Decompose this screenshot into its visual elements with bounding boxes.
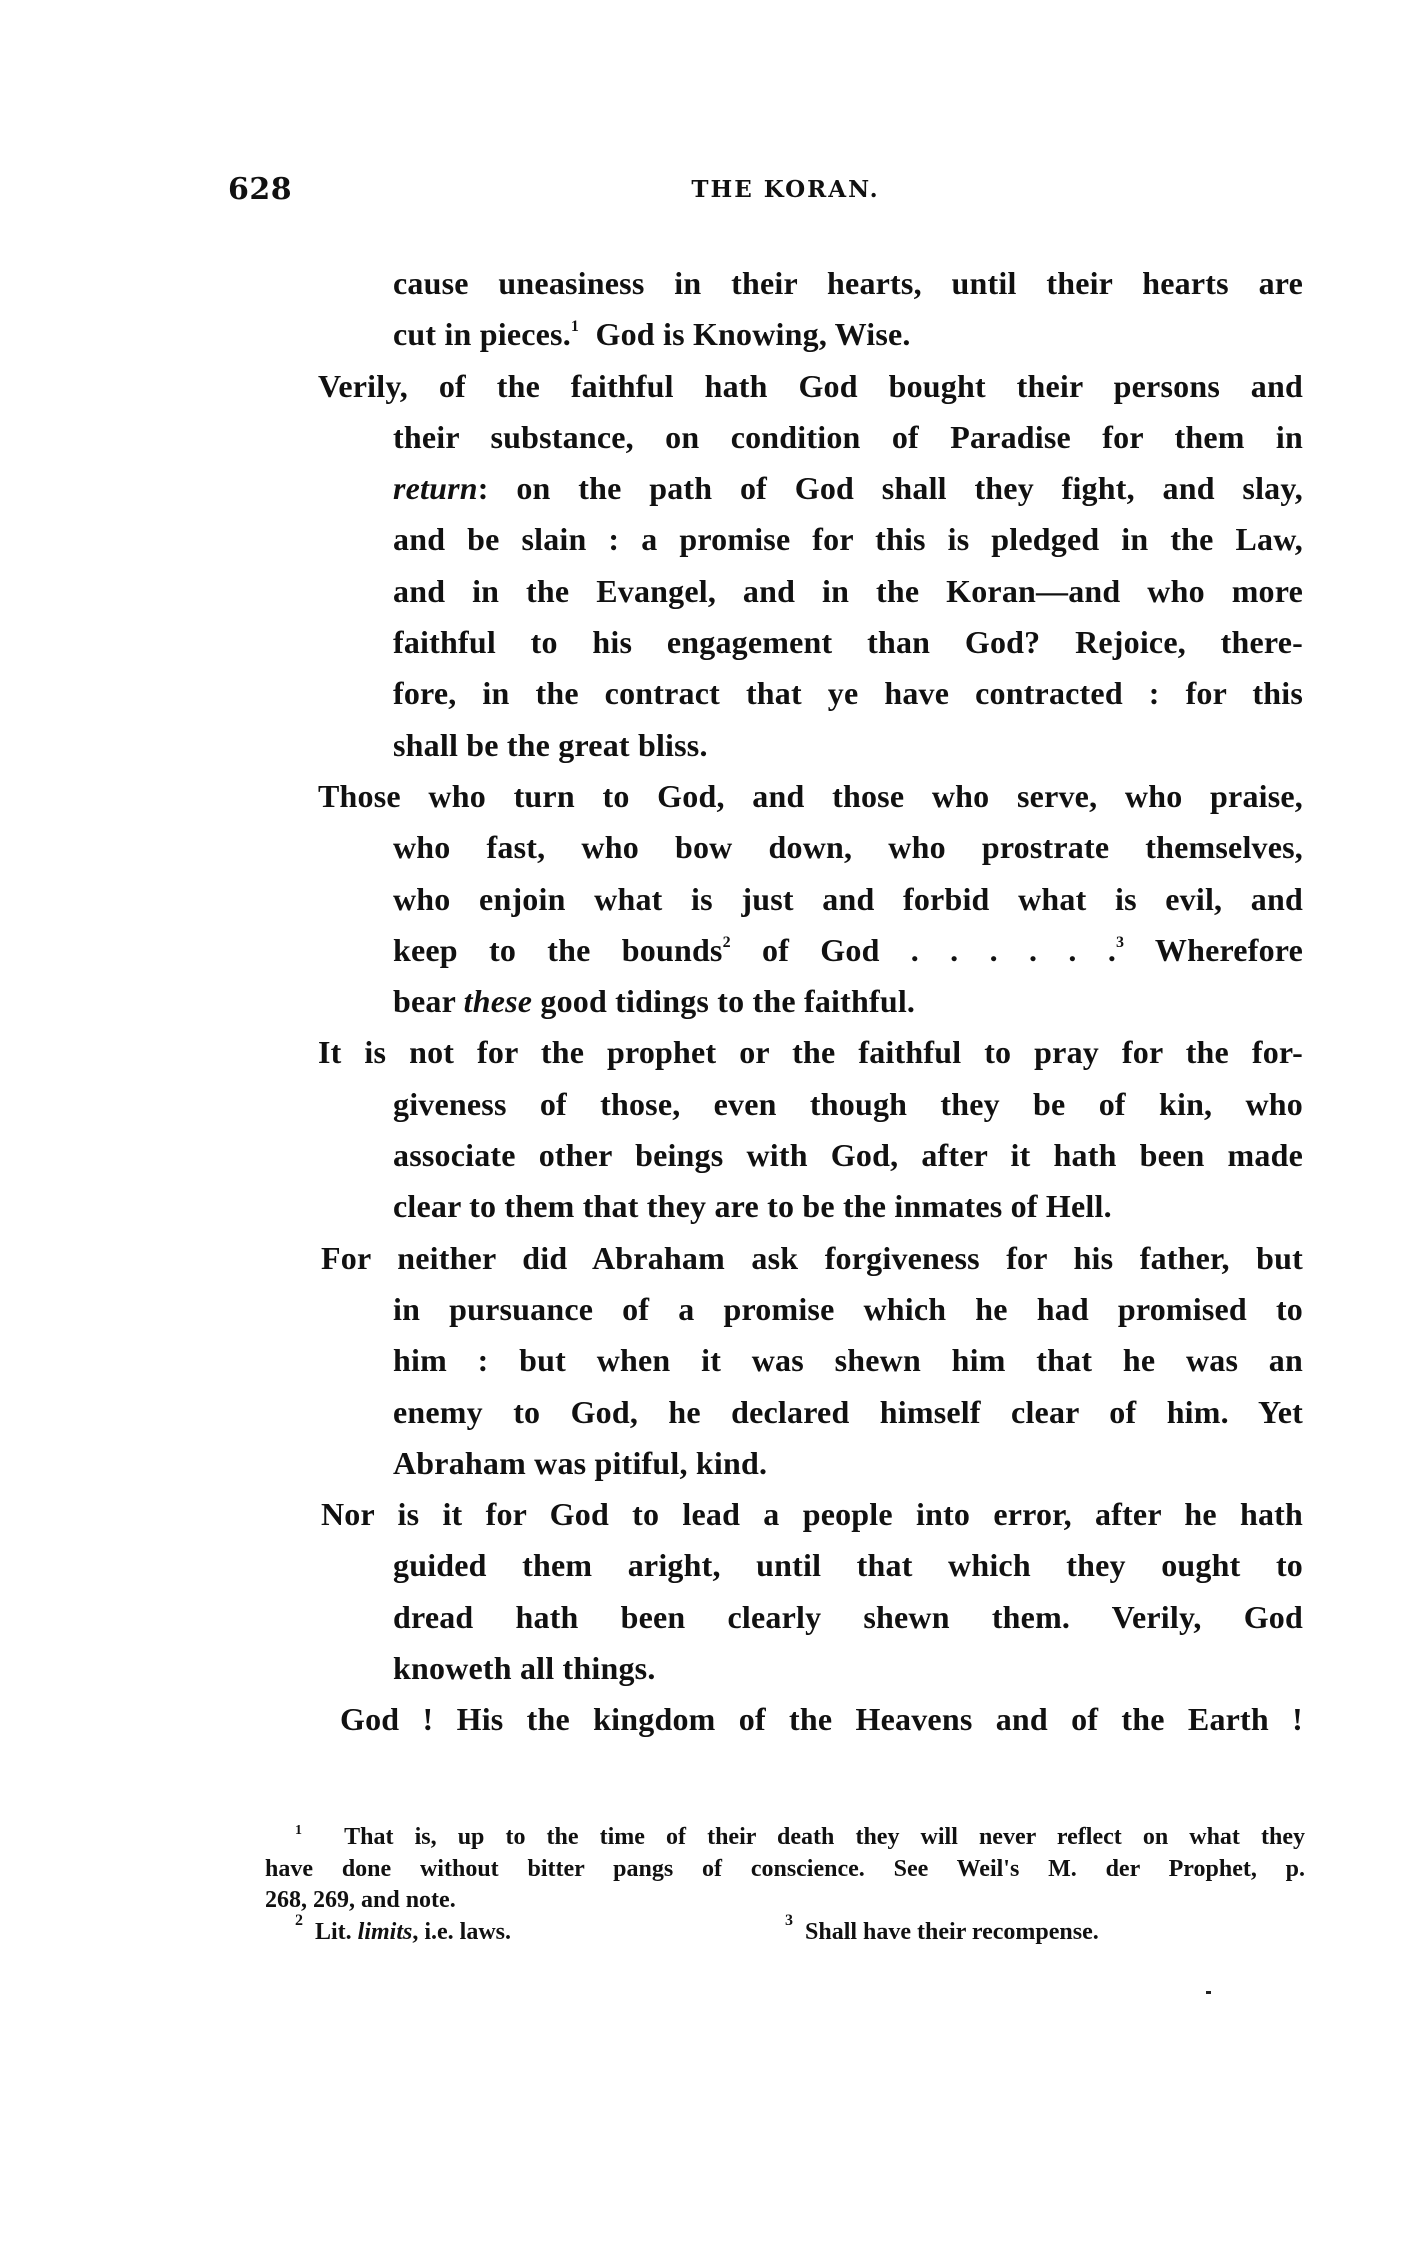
footnote-marker-3: 3 [785, 1912, 793, 1929]
running-title: THE KORAN. [228, 176, 1303, 203]
text-line: bear these good tidings to the faithful. [318, 976, 1303, 1027]
italic-word: return [393, 470, 478, 506]
text-line: knoweth all things. [318, 1643, 1303, 1694]
text-segment: , i.e. laws. [412, 1919, 511, 1945]
text-segment: That is, up to the time of their death t… [344, 1824, 1305, 1850]
footnote-2: 2 Lit. limits, i.e. laws. [295, 1917, 511, 1949]
text-segment: Wherefore [1124, 932, 1303, 968]
text-segment: of God . . . . . . [731, 932, 1116, 968]
verse-4: It is not for the prophet or the faithfu… [318, 1027, 1303, 1232]
text-segment: Lit. [315, 1919, 358, 1945]
text-line: cut in pieces.1 God is Knowing, Wise. [318, 309, 1303, 360]
text-line: shall be the great bliss. [318, 720, 1303, 771]
text-line: return: on the path of God shall they fi… [318, 463, 1303, 514]
text-segment: : on the path of God shall they fight, a… [478, 470, 1303, 506]
text-line: him : but when it was shewn him that he … [318, 1335, 1303, 1386]
text-line: Nor is it for God to lead a people into … [318, 1489, 1303, 1540]
text-line: fore, in the contract that ye have contr… [318, 668, 1303, 719]
text-segment: God is Knowing, Wise. [579, 316, 911, 352]
text-line: who enjoin what is just and forbid what … [318, 874, 1303, 925]
verse-2: Verily, of the faithful hath God bought … [318, 361, 1303, 771]
text-line: enemy to God, he declared himself clear … [318, 1387, 1303, 1438]
text-line: giveness of those, even though they be o… [318, 1079, 1303, 1130]
text-segment: cut in pieces. [393, 316, 571, 352]
verse-7: God ! His the kingdom of the Heavens and… [318, 1694, 1303, 1745]
text-line: Abraham was pitiful, kind. [318, 1438, 1303, 1489]
text-line: Verily, of the faithful hath God bought … [318, 361, 1303, 412]
text-line: guided them aright, until that which the… [318, 1540, 1303, 1591]
book-page: 628 THE KORAN. cause uneasiness in their… [0, 0, 1403, 2242]
text-line: and in the Evangel, and in the Koran—and… [318, 566, 1303, 617]
footnote-marker-2: 2 [295, 1912, 303, 1929]
footnote-ref-2[interactable]: 2 [723, 934, 731, 951]
text-line: God ! His the kingdom of the Heavens and… [318, 1694, 1303, 1745]
verse-5: For neither did Abraham ask forgiveness … [318, 1233, 1303, 1489]
footnote-ref-1[interactable]: 1 [571, 318, 579, 335]
running-head: 628 THE KORAN. [228, 172, 1303, 212]
footnote-3: 3 Shall have their recompense. [785, 1917, 1099, 1949]
body-text: cause uneasiness in their hearts, until … [318, 258, 1303, 1746]
footnotes: 1 That is, up to the time of their death… [265, 1822, 1305, 1948]
footnote-marker-1: 1 [295, 1823, 302, 1838]
text-segment: Shall have their recompense. [805, 1919, 1099, 1945]
text-line: faithful to his engagement than God? Rej… [318, 617, 1303, 668]
text-line: clear to them that they are to be the in… [318, 1181, 1303, 1232]
footnote-row-2-3: 2 Lit. limits, i.e. laws. 3 Shall have t… [265, 1917, 1305, 1949]
print-speck [1206, 1991, 1211, 1994]
italic-word: these [464, 983, 533, 1019]
text-line: dread hath been clearly shewn them. Veri… [318, 1592, 1303, 1643]
text-line: cause uneasiness in their hearts, until … [318, 258, 1303, 309]
text-line: For neither did Abraham ask forgiveness … [318, 1233, 1303, 1284]
text-line: and be slain : a promise for this is ple… [318, 514, 1303, 565]
italic-word: limits [358, 1919, 413, 1945]
verse-3: Those who turn to God, and those who ser… [318, 771, 1303, 1027]
text-line: their substance, on condition of Paradis… [318, 412, 1303, 463]
footnote-1-line: have done without bitter pangs of consci… [265, 1854, 1305, 1886]
text-line: associate other beings with God, after i… [318, 1130, 1303, 1181]
text-segment: keep to the bounds [393, 932, 723, 968]
text-line: in pursuance of a promise which he had p… [318, 1284, 1303, 1335]
text-line: It is not for the prophet or the faithfu… [318, 1027, 1303, 1078]
text-line: Those who turn to God, and those who ser… [318, 771, 1303, 822]
text-segment: bear [393, 983, 464, 1019]
footnote-1-line: 1 That is, up to the time of their death… [265, 1822, 1305, 1854]
text-line: keep to the bounds2 of God . . . . . .3 … [318, 925, 1303, 976]
text-segment: good tidings to the faithful. [532, 983, 915, 1019]
text-line: who fast, who bow down, who prostrate th… [318, 822, 1303, 873]
verse-1: cause uneasiness in their hearts, until … [318, 258, 1303, 361]
verse-6: Nor is it for God to lead a people into … [318, 1489, 1303, 1694]
